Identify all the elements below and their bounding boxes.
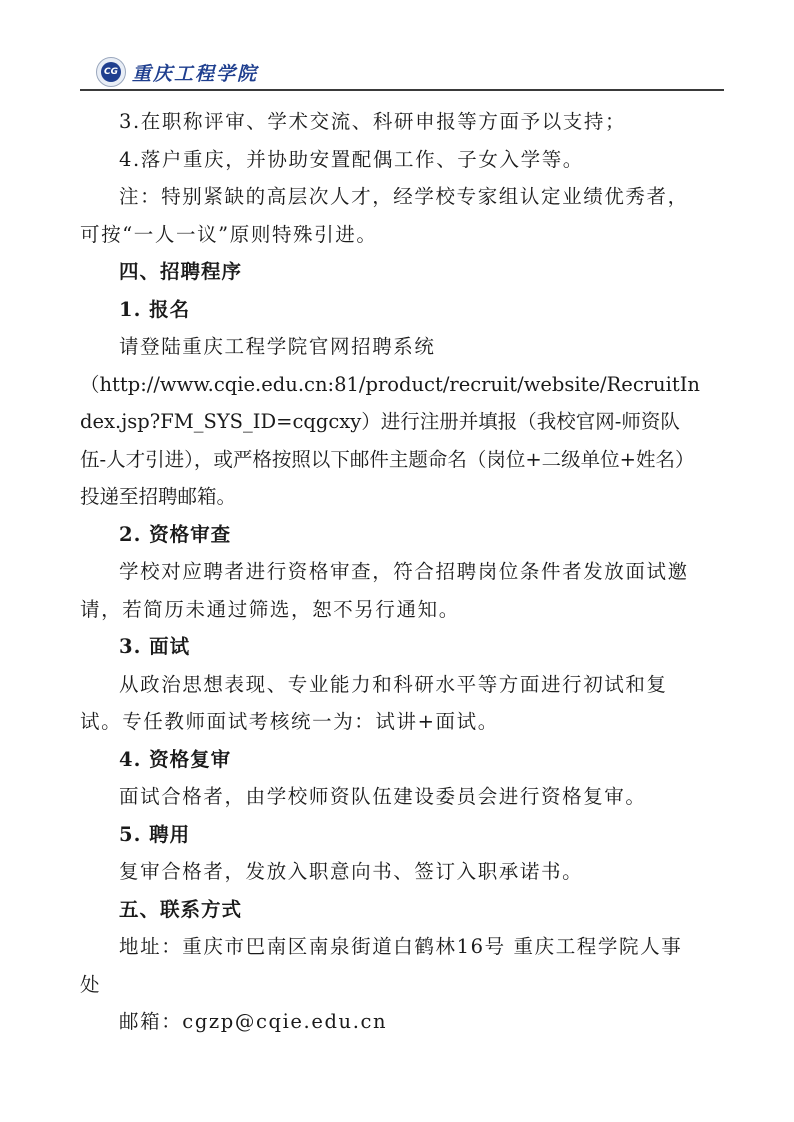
step-heading-re-examination: 4. 资格复审 [80,741,700,779]
page-header: CG 重庆工程学院 [96,56,258,88]
step-heading-qualification-review: 2. 资格审查 [80,516,700,554]
step-heading-employment: 5. 聘用 [80,816,700,854]
document-body: 3.在职称评审、学术交流、科研申报等方面予以支持； 4.落户重庆，并协助安置配偶… [80,103,700,1041]
school-name: 重庆工程学院 [132,59,258,86]
special-note: 注：特别紧缺的高层次人才，经学校专家组认定业绩优秀者，可按“一人一议”原则特殊引… [80,178,700,253]
contact-email[interactable]: 邮箱：cgzp@cqie.edu.cn [80,1003,700,1041]
qualification-review-text: 学校对应聘者进行资格审查，符合招聘岗位条件者发放面试邀请，若简历未通过筛选，恕不… [80,553,700,628]
logo-mark: CG [101,62,121,82]
registration-text: 请登陆重庆工程学院官网招聘系统 [80,328,700,366]
cqie-emblem-icon: CG [96,57,126,87]
employment-text: 复审合格者，发放入职意向书、签订入职承诺书。 [80,853,700,891]
header-divider [80,89,724,91]
interview-text: 从政治思想表现、专业能力和科研水平等方面进行初试和复试。专任教师面试考核统一为：… [80,666,700,741]
step-heading-registration: 1. 报名 [80,291,700,329]
section-heading-recruitment-procedure: 四、招聘程序 [80,253,700,291]
benefit-item-4: 4.落户重庆，并协助安置配偶工作、子女入学等。 [80,141,700,179]
section-heading-contact: 五、联系方式 [80,891,700,929]
step-heading-interview: 3. 面试 [80,628,700,666]
registration-instructions[interactable]: （http://www.cqie.edu.cn:81/product/recru… [80,366,700,516]
benefit-item-3: 3.在职称评审、学术交流、科研申报等方面予以支持； [80,103,700,141]
contact-address: 地址：重庆市巴南区南泉街道白鹤林16号 重庆工程学院人事处 [80,928,700,1003]
re-examination-text: 面试合格者，由学校师资队伍建设委员会进行资格复审。 [80,778,700,816]
